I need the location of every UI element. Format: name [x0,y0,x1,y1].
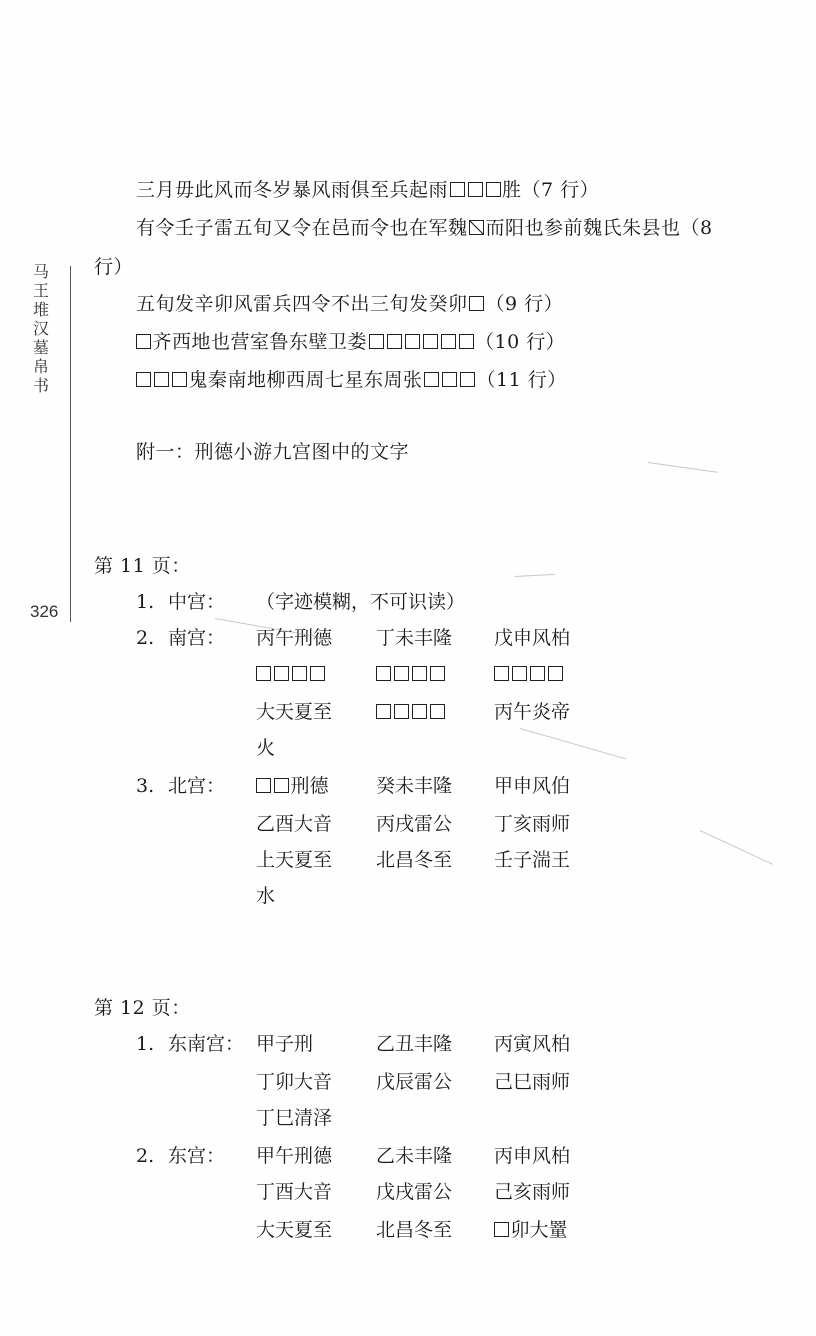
text-line-7: 三月毋此风而冬岁暴风雨俱至兵起雨胜（7 行） [136,178,599,202]
text-line-8-continued: 行） [94,255,133,279]
running-title: 马王堆汉墓帛书 [30,262,52,395]
missing-chars [494,1219,511,1241]
missing-chars [136,331,153,353]
scan-artifact [648,462,717,473]
section-heading-page-11: 第 11 页： [94,554,191,578]
text-line-11: 鬼秦南地柳西周七星东周张（11 行） [136,368,567,392]
missing-chars [256,662,327,686]
palace-north-row-4: 水 [0,884,816,908]
damaged-char [468,217,486,239]
margin-rule [70,266,71,622]
missing-chars [448,179,502,201]
missing-chars [376,700,447,724]
palace-southeast-row-2: 丁卯大音 戊辰雷公 己巳雨师 [0,1070,816,1094]
palace-southeast-row-1: 1. 东南宫： 甲子刑 乙丑丰隆 丙寅风柏 [0,1032,816,1056]
palace-north-row-2: 乙酉大音 丙戌雷公 丁亥雨师 [0,812,816,836]
book-page: 马王堆汉墓帛书 326 三月毋此风而冬岁暴风雨俱至兵起雨胜（7 行） 有令壬子雷… [0,0,816,1336]
illegible-note: （字迹模糊，不可识读） [256,590,465,614]
text-line-8: 有令壬子雷五旬又令在邑而令也在军魏而阳也参前魏氏朱县也（8 [136,216,713,240]
palace-southeast-row-3: 丁巳清泽 [0,1106,816,1130]
palace-south-row-4: 火 [0,736,816,760]
palace-east-row-1: 2. 东宫： 甲午刑德 乙未丰隆 丙申风柏 [0,1144,816,1168]
scan-artifact [515,574,555,577]
missing-chars [376,662,447,686]
text-line-9: 五旬发辛卯风雷兵四令不出三旬发癸卯（9 行） [136,292,563,316]
appendix-heading: 附一：刑德小游九宫图中的文字 [136,440,409,464]
palace-east-row-2: 丁酉大音 戊戌雷公 己亥雨师 [0,1180,816,1204]
text-line-10: 齐西地也营室鲁东壁卫娄（10 行） [136,330,565,354]
palace-north-row-1: 3. 北宫： 刑德 癸未丰隆 甲申风伯 [0,774,816,798]
palace-center: 1. 中宫： （字迹模糊，不可识读） [0,590,816,614]
palace-north-row-3: 上天夏至 北昌冬至 壬子湍王 [0,848,816,872]
missing-chars [494,662,565,686]
palace-east-row-3: 大天夏至 北昌冬至 卯大罿 [0,1218,816,1242]
missing-chars [423,369,477,391]
palace-south-row-1: 2. 南宫： 丙午刑德 丁未丰隆 戊申风柏 [0,626,816,650]
missing-chars [367,331,475,353]
palace-south-row-3: 大天夏至 丙午炎帝 [0,700,816,724]
missing-chars [136,369,189,391]
section-heading-page-12: 第 12 页： [94,996,191,1020]
missing-chars [256,775,291,797]
missing-chars [468,293,486,315]
palace-south-row-2 [0,662,816,686]
